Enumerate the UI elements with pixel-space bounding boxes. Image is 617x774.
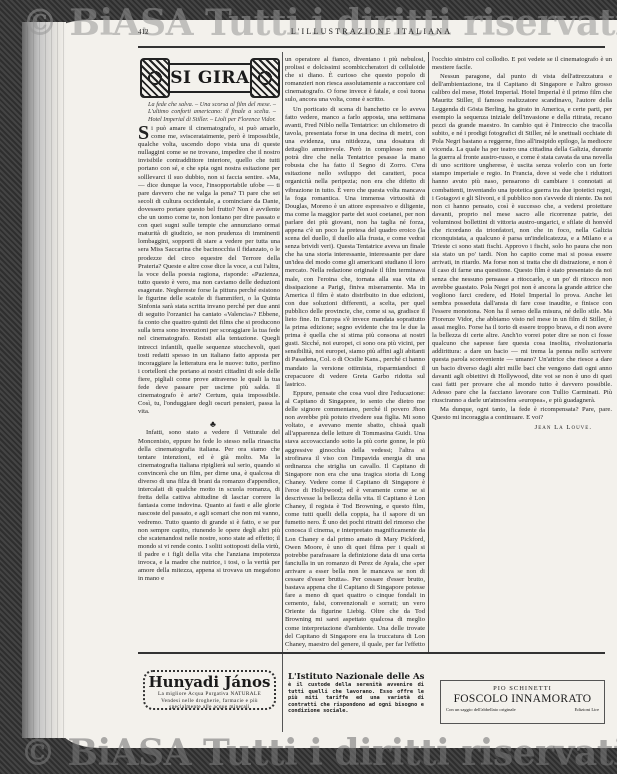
watermark-bottom: © BiASA Tutti i diritti riservati: [20, 732, 617, 774]
paragraph: Si può amare il cinematografo, si può am…: [138, 125, 280, 416]
ad-istituto-assicurazioni: L'Istituto Nazionale delle Assicurazioni…: [288, 672, 424, 715]
running-head: 412 L'ILLUSTRAZIONE ITALIANA: [138, 26, 605, 40]
book-footer: Con un saggio dell'abbellato originale E…: [441, 706, 604, 713]
paragraph: Infatti, sono stato a vedere il Vettural…: [138, 429, 280, 583]
text-column-3: l'occhio sinistro col collodio. E poi ve…: [432, 56, 612, 650]
book-note: Con un saggio dell'abbellato originale: [446, 707, 516, 712]
paragraph: Eppure, pensate che cosa vuol dire l'edu…: [285, 390, 425, 650]
paragraph: un operatore al fianco, diventano i più …: [285, 56, 425, 105]
book-title: FOSCOLO INNAMORATO: [441, 692, 604, 706]
ad-hunyadi-janos: Hunyadi János La migliore Acqua Purgativ…: [143, 670, 276, 710]
ad-title: L'Istituto Nazionale delle Assicurazioni: [288, 672, 424, 682]
column-divider: [428, 52, 429, 652]
article-title: SI GIRA: [170, 68, 249, 88]
publication-title: L'ILLUSTRAZIONE ITALIANA: [138, 27, 605, 36]
paragraph: Nessun paragone, dal punto di vista dell…: [432, 73, 612, 405]
ad-tagline: La migliore Acqua Purgativa NATURALE: [145, 691, 274, 698]
book-spine-edge: [22, 22, 66, 738]
paragraph: Un porticato di scena di banchetto ce lo…: [285, 106, 425, 389]
header-rule: [138, 46, 605, 48]
paragraph: Ma dunque, ogni tanto, la fede è ricompe…: [432, 406, 612, 422]
advertisement-rule: [138, 652, 605, 654]
celtic-knot-ornament-icon: [250, 58, 280, 98]
ad-brand-name: Hunyadi János: [145, 674, 274, 691]
title-frame: SI GIRA: [168, 63, 252, 93]
book-price: Edizioni Lire: [575, 707, 599, 712]
fleuron-icon: ♣: [138, 420, 280, 428]
paragraph: l'occhio sinistro col collodio. E poi ve…: [432, 56, 612, 72]
celtic-knot-ornament-icon: [140, 58, 170, 98]
article-subtitle: La fede che salva. – Una scorsa al film …: [148, 101, 276, 123]
text-column-2: un operatore al fianco, diventano i più …: [285, 56, 425, 650]
author-signature: Jean La Louve.: [432, 424, 612, 432]
ad-foscolo-innamorato: PIO SCHINETTI FOSCOLO INNAMORATO Con un …: [440, 680, 605, 724]
book-author: PIO SCHINETTI: [441, 685, 604, 692]
article-title-banner: SI GIRA: [140, 58, 280, 98]
ad-subline: Vendesi nelle drogherie, farmacie e più …: [145, 698, 274, 711]
column-divider: [282, 52, 283, 732]
drop-cap: S: [138, 125, 149, 141]
text-column-1: Si può amare il cinematografo, si può am…: [138, 125, 280, 650]
ad-body: è il custode della serenità avvenire di …: [288, 682, 424, 715]
